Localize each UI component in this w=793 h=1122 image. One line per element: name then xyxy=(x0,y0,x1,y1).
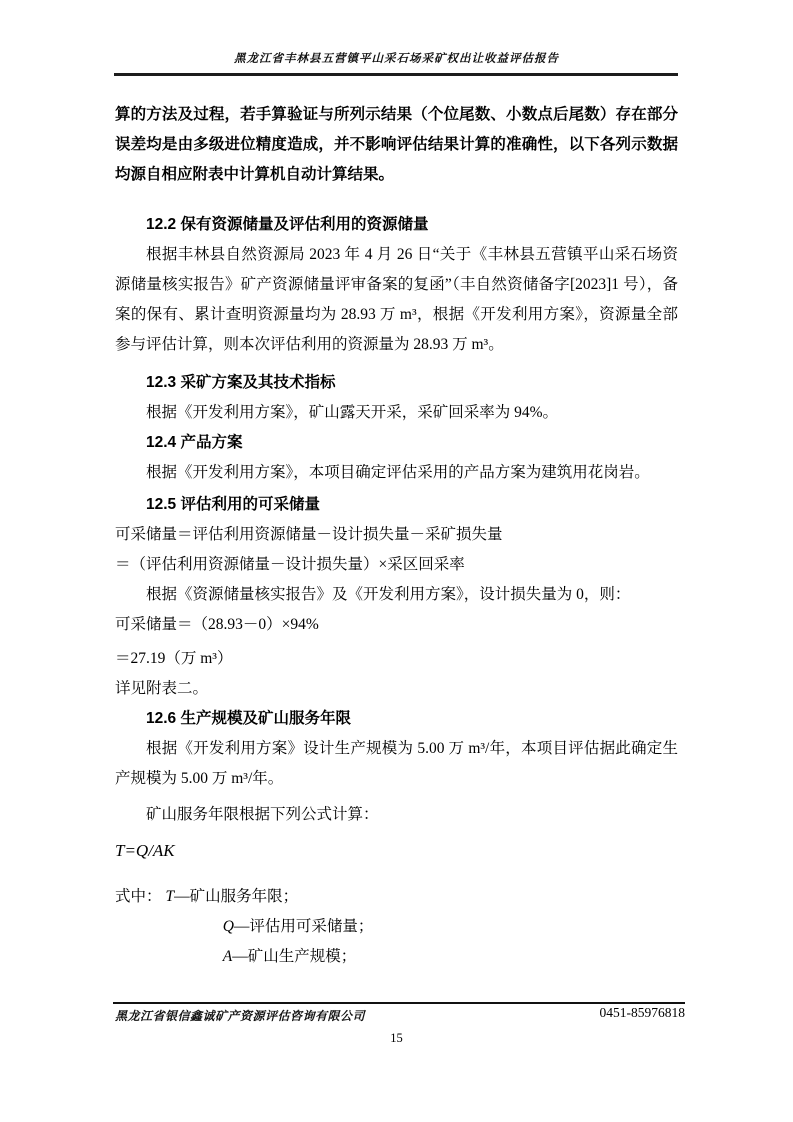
formula-where-row: A—矿山生产规模； xyxy=(115,942,678,972)
reserve-formula-line-1: 可采储量＝评估利用资源储量－设计损失量－采矿损失量 xyxy=(115,520,678,550)
section-12-2-paragraph: 根据丰林县自然资源局 2023 年 4 月 26 日“关于《丰林县五营镇平山采石… xyxy=(115,240,678,360)
page-number: 15 xyxy=(0,1031,793,1046)
see-appendix-note: 详见附表二。 xyxy=(115,674,678,704)
reserve-formula-line-2: ＝（评估利用资源储量－设计损失量）×采区回采率 xyxy=(115,550,678,580)
section-12-6-paragraph-2: 矿山服务年限根据下列公式计算： xyxy=(115,800,678,830)
section-12-3-paragraph: 根据《开发利用方案》，矿山露天开采，采矿回采率为 94%。 xyxy=(115,398,678,428)
formula-where-row: 式中：T—矿山服务年限； xyxy=(115,882,678,912)
where-label: 式中： xyxy=(115,888,162,905)
where-description: —矿山生产规模； xyxy=(232,948,356,965)
formula-where-row: Q—评估用可采储量； xyxy=(115,912,678,942)
section-heading-12-2: 12.2 保有资源储量及评估利用的资源储量 xyxy=(115,210,678,240)
section-heading-12-5: 12.5 评估利用的可采储量 xyxy=(115,490,678,520)
where-description: —评估用可采储量； xyxy=(234,918,374,935)
reserve-calc-line-1: 可采储量＝（28.93－0）×94% xyxy=(115,610,678,640)
service-life-formula: T=Q/AK xyxy=(115,836,678,866)
footer-phone-number: 0451-85976818 xyxy=(600,1005,686,1021)
where-variable: T xyxy=(166,888,175,905)
where-variable: Q xyxy=(223,918,234,935)
header-running-title: 黑龙江省丰林县五营镇平山采石场采矿权出让收益评估报告 xyxy=(0,50,793,66)
section-12-5-paragraph: 根据《资源储量核实报告》及《开发利用方案》，设计损失量为 0，则： xyxy=(115,580,678,610)
section-heading-12-6: 12.6 生产规模及矿山服务年限 xyxy=(115,704,678,734)
section-heading-12-3: 12.3 采矿方案及其技术指标 xyxy=(115,368,678,398)
footer-company-name: 黑龙江省银信鑫诚矿产资源评估咨询有限公司 xyxy=(115,1007,365,1024)
intro-paragraph: 算的方法及过程，若手算验证与所列示结果（个位尾数、小数点后尾数）存在部分误差均是… xyxy=(115,100,678,190)
where-variable: A xyxy=(223,948,232,965)
section-12-4-paragraph: 根据《开发利用方案》，本项目确定评估采用的产品方案为建筑用花岗岩。 xyxy=(115,458,678,488)
document-body: 算的方法及过程，若手算验证与所列示结果（个位尾数、小数点后尾数）存在部分误差均是… xyxy=(115,100,678,972)
footer-rule xyxy=(113,1002,685,1004)
document-page: 黑龙江省丰林县五营镇平山采石场采矿权出让收益评估报告 算的方法及过程，若手算验证… xyxy=(0,0,793,1122)
header-rule xyxy=(114,73,678,76)
where-item: T—矿山服务年限； xyxy=(166,888,299,905)
reserve-calc-line-2: ＝27.19（万 m³） xyxy=(115,644,678,674)
section-heading-12-4: 12.4 产品方案 xyxy=(115,428,678,458)
section-12-6-paragraph-1: 根据《开发利用方案》设计生产规模为 5.00 万 m³/年，本项目评估据此确定生… xyxy=(115,734,678,794)
where-description: —矿山服务年限； xyxy=(174,888,298,905)
